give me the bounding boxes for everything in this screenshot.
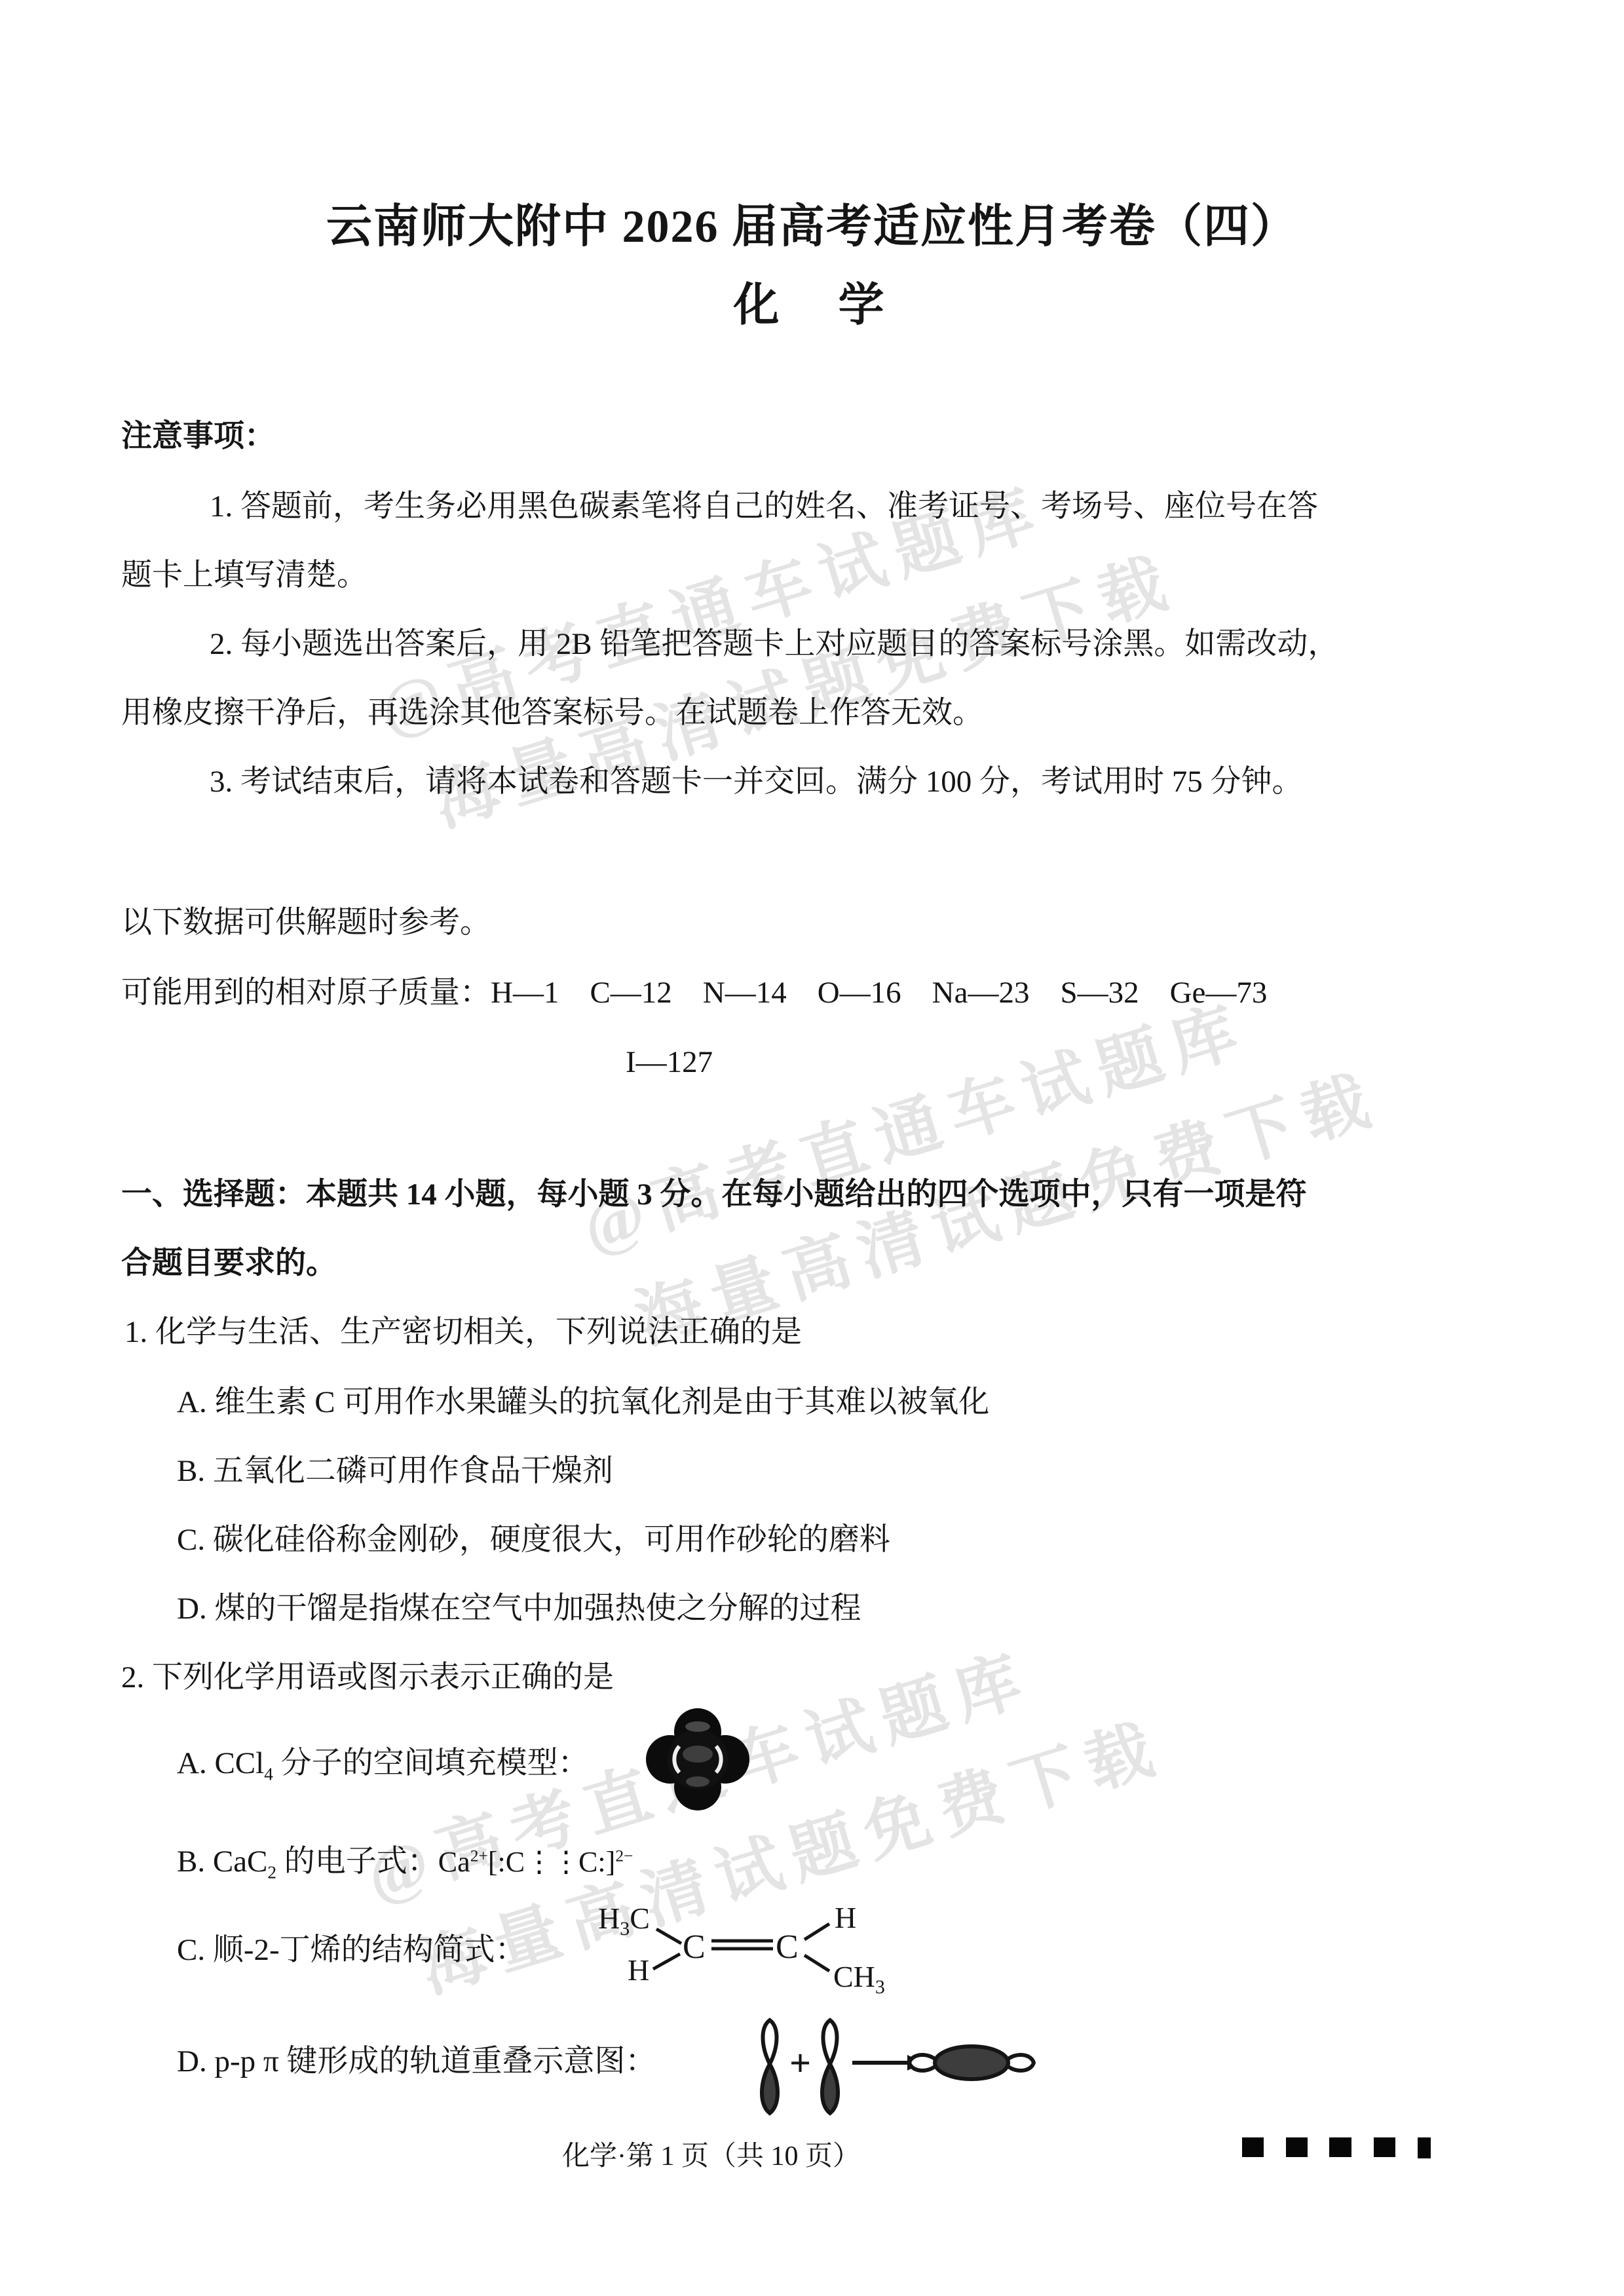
- notice-item2-line1: 2. 每小题选出答案后，用 2B 铅笔把答题卡上对应题目的答案标号涂黑。如需改动…: [210, 626, 1338, 662]
- option-a-text: A. CCl: [177, 1746, 264, 1780]
- formula-triple-bond-dots: ⋮⋮: [525, 1845, 578, 1879]
- structure-carbon-right: C: [776, 1928, 799, 1966]
- structure-h-bottom-left: H: [628, 1953, 649, 1987]
- question1-stem: 1. 化学与生活、生产密切相关，下列说法正确的是: [124, 1314, 802, 1350]
- registration-mark: [1418, 2137, 1431, 2158]
- notice-item2-line2: 用橡皮擦干净后，再选涂其他答案标号。在试题卷上作答无效。: [121, 695, 983, 731]
- subject-title: 化 学: [0, 278, 1624, 334]
- question1-option-b: B. 五氧化二磷可用作食品干燥剂: [177, 1453, 613, 1489]
- question2-option-b: B. CaC2 的电子式：Ca2+[:C⋮⋮C:]2−: [177, 1843, 633, 1883]
- exam-paper-page: @高考直通车试题库 海量高清试题免费下载 @高考直通车试题库 海量高清试题免费下…: [0, 0, 1624, 2296]
- notice-item1-line2: 题卡上填写清楚。: [121, 557, 368, 594]
- option-a-text-tail: 分子的空间填充模型：: [273, 1746, 589, 1780]
- question1-option-d: D. 煤的干馏是指煤在空气中加强热使之分解的过程: [177, 1590, 861, 1627]
- page-footer: 化学·第 1 页（共 10 页）: [562, 2140, 860, 2173]
- question1-option-c: C. 碳化硅俗称金刚砂，硬度很大，可用作砂轮的磨料: [177, 1521, 890, 1558]
- registration-mark: [1374, 2137, 1395, 2157]
- formula-charge-minus: 2−: [615, 1846, 633, 1865]
- formula-ca: Ca: [438, 1846, 470, 1878]
- watermark-line2: 海量高清试题免费下载: [420, 529, 1190, 855]
- notice-item3: 3. 考试结束后，请将本试卷和答题卡一并交回。满分 100 分，考试用时 75 …: [210, 763, 1303, 800]
- formula-bracket-left: [:C: [488, 1846, 525, 1878]
- structure-carbon-left: C: [683, 1928, 706, 1966]
- cac2-electron-formula: Ca2+[:C⋮⋮C:]2−: [438, 1846, 633, 1878]
- cis-2-butene-structure: H3C H C C H CH3: [583, 1881, 924, 2012]
- ccl4-space-filling-model: [645, 1706, 750, 1810]
- reference-intro: 以下数据可供解题时参考。: [121, 904, 491, 941]
- question2-option-d: D. p-p π 键形成的轨道重叠示意图：: [177, 2043, 656, 2080]
- question2-option-c: C. 顺-2-丁烯的结构简式：: [177, 1932, 526, 1968]
- cac2-subscript: 2: [267, 1862, 276, 1882]
- structure-ch3-label: CH3: [833, 1960, 885, 1998]
- registration-mark: [1286, 2137, 1308, 2157]
- notice-item1-line1: 1. 答题前，考生务必用黑色碳素笔将自己的姓名、准考证号、考场号、座位号在答: [210, 488, 1318, 525]
- question2-option-a: A. CCl4 分子的空间填充模型：: [177, 1745, 589, 1785]
- formula-bracket-right: C:]: [578, 1846, 615, 1878]
- page-title: 云南师大附中 2026 届高考适应性月考卷（四）: [0, 200, 1624, 255]
- ccl4-subscript: 4: [264, 1764, 273, 1784]
- section1-header-line1: 一、选择题：本题共 14 小题，每小题 3 分。在每小题给出的四个选项中，只有一…: [121, 1176, 1307, 1213]
- atomic-masses-line2: I—127: [626, 1044, 713, 1081]
- structure-h-top-right: H: [835, 1901, 856, 1934]
- section1-header-line2: 合题目要求的。: [121, 1245, 337, 1282]
- registration-mark: [1242, 2137, 1264, 2157]
- formula-charge-plus: 2+: [470, 1846, 488, 1865]
- notice-heading: 注意事项：: [121, 418, 275, 455]
- question1-option-a: A. 维生素 C 可用作水果罐头的抗氧化剂是由于其难以被氧化: [177, 1384, 989, 1421]
- structure-h3c-label: H3C: [598, 1902, 650, 1940]
- p-p-pi-orbital-overlap-diagram: +: [704, 2006, 1051, 2147]
- atomic-masses-line1: 可能用到的相对原子质量：H—1 C—12 N—14 O—16 Na—23 S—3…: [121, 974, 1267, 1011]
- plus-sign: +: [789, 2042, 811, 2084]
- question2-stem: 2. 下列化学用语或图示表示正确的是: [121, 1659, 614, 1696]
- option-b-text-tail: 的电子式：: [276, 1845, 438, 1879]
- registration-mark: [1329, 2137, 1351, 2157]
- option-b-text: B. CaC: [177, 1845, 267, 1879]
